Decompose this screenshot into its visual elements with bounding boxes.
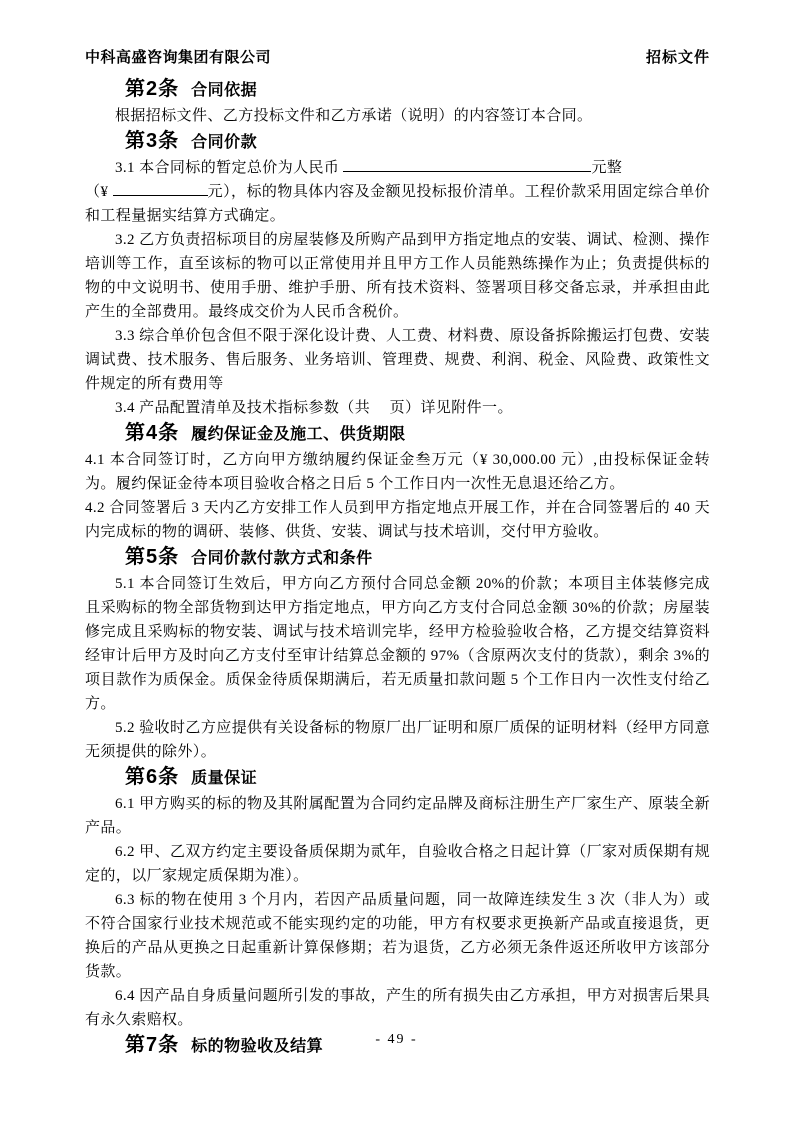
article-title: 合同依据 xyxy=(191,82,257,99)
article-number: 第4条 xyxy=(125,422,179,444)
article-number: 第3条 xyxy=(125,130,179,152)
contract-paragraph: 3.3 综合单价包含但不限于深化设计费、人工费、材料费、原设备拆除搬运打包费、安… xyxy=(85,324,710,396)
article-number: 第5条 xyxy=(125,546,179,568)
contract-paragraph: 4.2 合同签署后 3 天内乙方安排工作人员到甲方指定地点开展工作，并在合同签署… xyxy=(85,496,710,544)
contract-paragraph: 4.1 本合同签订时，乙方向甲方缴纳履约保证金叁万元（¥ 30,000.00 元… xyxy=(85,448,710,496)
article-heading: 第2条合同依据 xyxy=(85,76,710,104)
article-heading: 第3条合同价款 xyxy=(85,128,710,156)
fill-in-blank xyxy=(343,169,591,172)
contract-paragraph: 6.4 因产品自身质量问题所引发的事故，产生的所有损失由乙方承担，甲方对损害后果… xyxy=(85,984,710,1032)
contract-paragraph: 3.1 本合同标的暂定总价为人民币 元整（¥ 元），标的物具体内容及金额见投标报… xyxy=(85,156,710,228)
contract-paragraph: 6.2 甲、乙双方约定主要设备质保期为贰年，自验收合格之日起计算（厂家对质保期有… xyxy=(85,840,710,888)
article-title: 履约保证金及施工、供货期限 xyxy=(191,426,406,443)
fill-in-blank xyxy=(113,193,208,196)
page-number: - 49 - xyxy=(0,1032,793,1048)
contract-paragraph: 6.3 标的物在使用 3 个月内，若因产品质量问题，同一故障连续发生 3 次（非… xyxy=(85,888,710,984)
article-title: 合同价款付款方式和条件 xyxy=(191,550,373,567)
article-number: 第6条 xyxy=(125,766,179,788)
article-title: 质量保证 xyxy=(191,770,257,787)
company-name: 中科高盛咨询集团有限公司 xyxy=(85,46,271,67)
article-heading: 第5条合同价款付款方式和条件 xyxy=(85,544,710,572)
contract-paragraph: 根据招标文件、乙方投标文件和乙方承诺（说明）的内容签订本合同。 xyxy=(85,104,710,128)
contract-paragraph: 5.2 验收时乙方应提供有关设备标的物原厂出厂证明和原厂质保的证明材料（经甲方同… xyxy=(85,716,710,764)
article-heading: 第4条履约保证金及施工、供货期限 xyxy=(85,420,710,448)
document-type-label: 招标文件 xyxy=(646,46,710,67)
article-title: 合同价款 xyxy=(191,134,257,151)
article-number: 第2条 xyxy=(125,78,179,100)
document-body: 第2条合同依据根据招标文件、乙方投标文件和乙方承诺（说明）的内容签订本合同。第3… xyxy=(85,76,710,1060)
contract-paragraph: 3.2 乙方负责招标项目的房屋装修及所购产品到甲方指定地点的安装、调试、检测、操… xyxy=(85,228,710,324)
article-heading: 第6条质量保证 xyxy=(85,764,710,792)
contract-paragraph: 6.1 甲方购买的标的物及其附属配置为合同约定品牌及商标注册生产厂家生产、原装全… xyxy=(85,792,710,840)
page-header: 中科高盛咨询集团有限公司 招标文件 xyxy=(85,46,710,67)
contract-paragraph: 3.4 产品配置清单及技术指标参数（共 页）详见附件一。 xyxy=(85,396,710,420)
document-page: 中科高盛咨询集团有限公司 招标文件 第2条合同依据根据招标文件、乙方投标文件和乙… xyxy=(0,0,793,1122)
contract-paragraph: 5.1 本合同签订生效后，甲方向乙方预付合同总金额 20%的价款；本项目主体装修… xyxy=(85,572,710,716)
